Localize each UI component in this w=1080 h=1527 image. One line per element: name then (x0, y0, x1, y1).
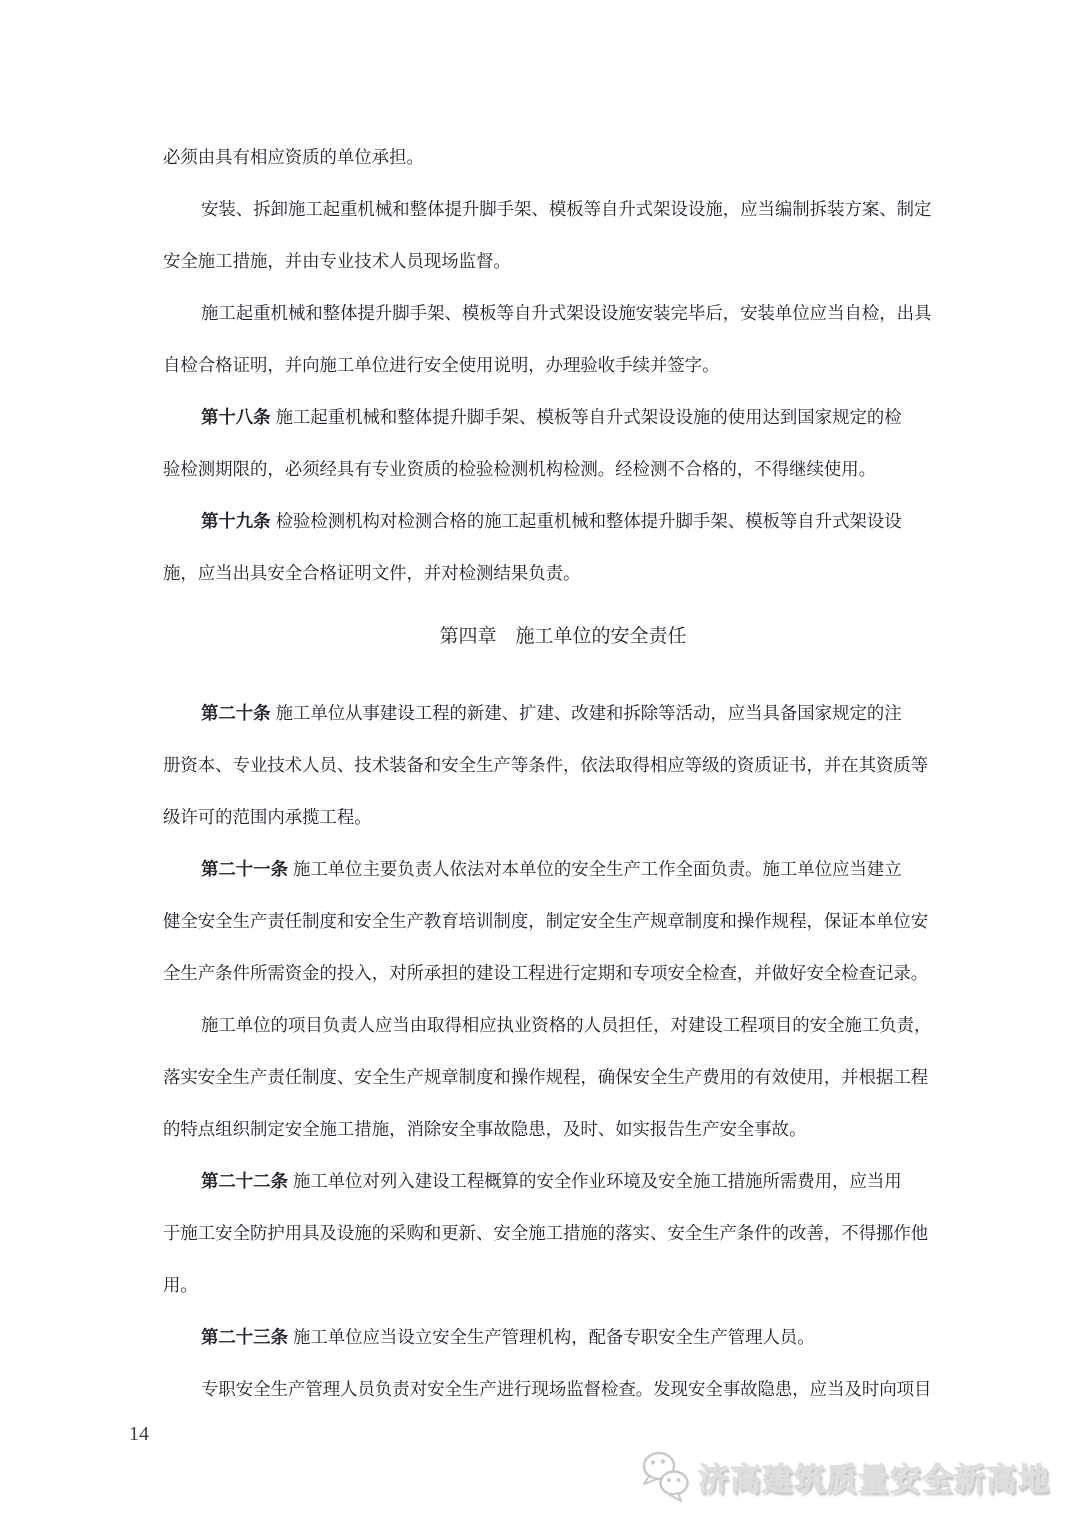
doc-line: 专职安全生产管理人员负责对安全生产进行现场监督检查。发现安全事故隐患，应当及时向… (163, 1363, 963, 1415)
doc-line: 健全安全生产责任制度和安全生产教育培训制度，制定安全生产规章制度和操作规程，保证… (163, 895, 963, 947)
doc-line: 验检测期限的，必须经具有专业资质的检验检测机构检测。经检测不合格的，不得继续使用… (163, 443, 963, 495)
article-number: 第十九条 (201, 511, 271, 531)
doc-line: 用。 (163, 1259, 963, 1311)
doc-line: 施工单位的项目负责人应当由取得相应执业资格的人员担任，对建设工程项目的安全施工负… (163, 999, 963, 1051)
page-number: 14 (129, 1420, 149, 1448)
doc-line: 全生产条件所需资金的投入，对所承担的建设工程进行定期和专项安全检查，并做好安全检… (163, 947, 963, 999)
doc-line: 册资本、专业技术人员、技术装备和安全生产等条件，依法取得相应等级的资质证书，并在… (163, 739, 963, 791)
wechat-icon (640, 1450, 690, 1502)
doc-line: 第二十条施工单位从事建设工程的新建、扩建、改建和拆除等活动，应当具备国家规定的注 (163, 687, 963, 739)
doc-line: 必须由具有相应资质的单位承担。 (163, 131, 963, 183)
doc-line: 第十九条检验检测机构对检测合格的施工起重机械和整体提升脚手架、模板等自升式架设设 (163, 495, 963, 547)
watermark-text: 济高建筑质量安全新高地 (698, 1454, 1050, 1499)
doc-line: 第十八条施工起重机械和整体提升脚手架、模板等自升式架设设施的使用达到国家规定的检 (163, 391, 963, 443)
doc-line: 落实安全生产责任制度、安全生产规章制度和操作规程，确保安全生产费用的有效使用，并… (163, 1051, 963, 1103)
document-body: 必须由具有相应资质的单位承担。安装、拆卸施工起重机械和整体提升脚手架、模板等自升… (163, 131, 963, 1415)
doc-line: 第二十一条施工单位主要负责人依法对本单位的安全生产工作全面负责。施工单位应当建立 (163, 843, 963, 895)
article-number: 第十八条 (201, 407, 271, 427)
chapter-heading: 第四章 施工单位的安全责任 (163, 611, 963, 663)
doc-line: 施，应当出具安全合格证明文件，并对检测结果负责。 (163, 547, 963, 599)
doc-line: 安装、拆卸施工起重机械和整体提升脚手架、模板等自升式架设设施，应当编制拆装方案、… (163, 183, 963, 235)
doc-line: 级许可的范围内承揽工程。 (163, 791, 963, 843)
doc-line: 施工起重机械和整体提升脚手架、模板等自升式架设设施安装完毕后，安装单位应当自检，… (163, 287, 963, 339)
doc-line: 的特点组织制定安全施工措施，消除安全事故隐患，及时、如实报告生产安全事故。 (163, 1103, 963, 1155)
doc-line: 于施工安全防护用具及设施的采购和更新、安全施工措施的落实、安全生产条件的改善，不… (163, 1207, 963, 1259)
article-number: 第二十二条 (201, 1171, 288, 1191)
footer-watermark: 济高建筑质量安全新高地 (640, 1450, 1050, 1502)
article-number: 第二十三条 (201, 1327, 288, 1347)
article-number: 第二十一条 (201, 859, 288, 879)
document-page: 必须由具有相应资质的单位承担。安装、拆卸施工起重机械和整体提升脚手架、模板等自升… (0, 0, 1080, 1527)
article-number: 第二十条 (201, 703, 271, 723)
doc-line: 第二十二条施工单位对列入建设工程概算的安全作业环境及安全施工措施所需费用，应当用 (163, 1155, 963, 1207)
doc-line: 自检合格证明，并向施工单位进行安全使用说明，办理验收手续并签字。 (163, 339, 963, 391)
doc-line: 安全施工措施，并由专业技术人员现场监督。 (163, 235, 963, 287)
doc-line: 第二十三条施工单位应当设立安全生产管理机构，配备专职安全生产管理人员。 (163, 1311, 963, 1363)
